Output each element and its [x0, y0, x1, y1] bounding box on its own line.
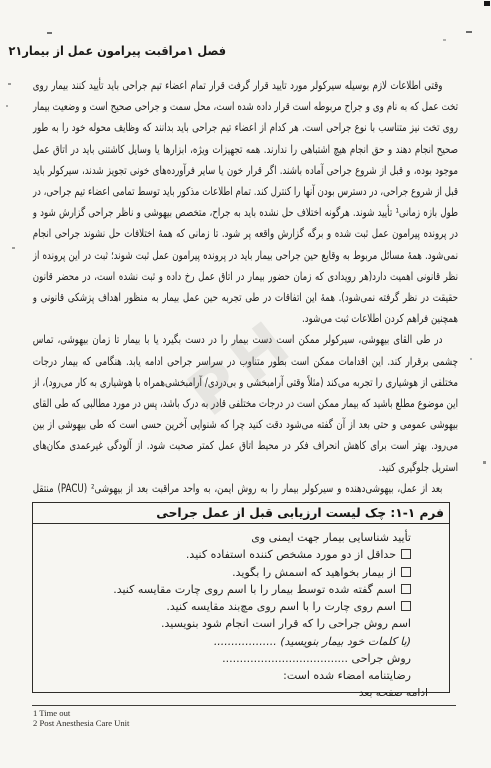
- scan-artifact: [470, 358, 472, 360]
- footnotes: 1 Time out2 Post Anesthesia Care Unit: [33, 709, 129, 728]
- checkbox-icon: [401, 584, 411, 594]
- checklist-row: روش جراحی ..............................…: [41, 650, 411, 667]
- checklist-row-label: حداقل از دو مورد مشخص کننده استفاده کنید…: [186, 548, 396, 561]
- checklist-row-label: تأیید شناسایی بیمار جهت ایمنی وی: [251, 531, 411, 544]
- scan-artifact: [466, 31, 472, 33]
- scan-artifact: [443, 39, 446, 41]
- checklist-row: اسم روی چارت را با اسم روی مچ‌بند مقایسه…: [41, 598, 411, 615]
- paragraph: وقتی اطلاعات لازم بوسیله سیرکولر مورد تا…: [33, 75, 458, 329]
- form-title: فرم ۱-۱: چک لیست ارزیابی قبل از عمل جراح…: [33, 503, 449, 524]
- checkbox-icon: [401, 549, 411, 559]
- continued-note: ادامه صفحه بعد: [359, 687, 428, 699]
- checklist-row: (با کلمات خود بیمار بنویسید) ...........…: [41, 633, 411, 650]
- body-text: وقتی اطلاعات لازم بوسیله سیرکولر مورد تا…: [33, 75, 458, 502]
- checklist-row-label: رضایتنامه امضاء شده است:: [283, 669, 411, 682]
- preop-checklist-form: فرم ۱-۱: چک لیست ارزیابی قبل از عمل جراح…: [32, 502, 450, 693]
- checklist-row-label: اسم روی چارت را با اسم روی مچ‌بند مقایسه…: [166, 600, 396, 613]
- checklist-row: حداقل از دو مورد مشخص کننده استفاده کنید…: [41, 546, 411, 563]
- form-rows: تأیید شناسایی بیمار جهت ایمنی ویحداقل از…: [33, 524, 449, 692]
- checkbox-icon: [401, 567, 411, 577]
- checklist-row: اسم گفته شده توسط بیمار را با اسم روی چا…: [41, 581, 411, 598]
- checklist-row-label: از بیمار بخواهید که اسمش را بگوید.: [232, 566, 396, 579]
- checklist-row-label: (با کلمات خود بیمار بنویسید) ...........…: [214, 635, 411, 648]
- chapter-label: فصل ۱: [187, 44, 227, 58]
- document-page: فصل ۱ مراقبت پیرامون عمل از بیمار ۲۱ وقت…: [0, 0, 491, 768]
- scan-artifact: [8, 83, 11, 85]
- scan-artifact: [483, 461, 486, 464]
- scan-artifact: [484, 1, 490, 6]
- checklist-row: تأیید شناسایی بیمار جهت ایمنی وی: [41, 529, 411, 546]
- checklist-row-label: روش جراحی ..............................…: [222, 652, 411, 665]
- checklist-row-label: اسم گفته شده توسط بیمار را با اسم روی چا…: [113, 583, 396, 596]
- checkbox-icon: [401, 601, 411, 611]
- scan-artifact: [12, 247, 15, 249]
- paragraph: در طی القای بیهوشی، سیرکولر ممکن است دست…: [33, 329, 458, 477]
- paragraph: بعد از عمل، بیهوشی‌دهنده و سیرکولر بیمار…: [33, 478, 458, 502]
- checklist-row: رضایتنامه امضاء شده است:: [41, 667, 411, 684]
- footnote-divider: [32, 705, 456, 706]
- page-number: ۲۱: [9, 44, 23, 58]
- checklist-row: اسم روش جراحی را که قرار است انجام شود ب…: [41, 615, 411, 632]
- chapter-title: مراقبت پیرامون عمل از بیمار: [22, 44, 186, 58]
- checklist-row-label: اسم روش جراحی را که قرار است انجام شود ب…: [161, 617, 411, 630]
- checklist-row: از بیمار بخواهید که اسمش را بگوید.: [41, 564, 411, 581]
- scan-artifact: [47, 32, 52, 34]
- scan-artifact: [6, 105, 8, 107]
- footnote: 2 Post Anesthesia Care Unit: [33, 719, 129, 729]
- running-header: فصل ۱ مراقبت پیرامون عمل از بیمار ۲۱: [20, 44, 226, 58]
